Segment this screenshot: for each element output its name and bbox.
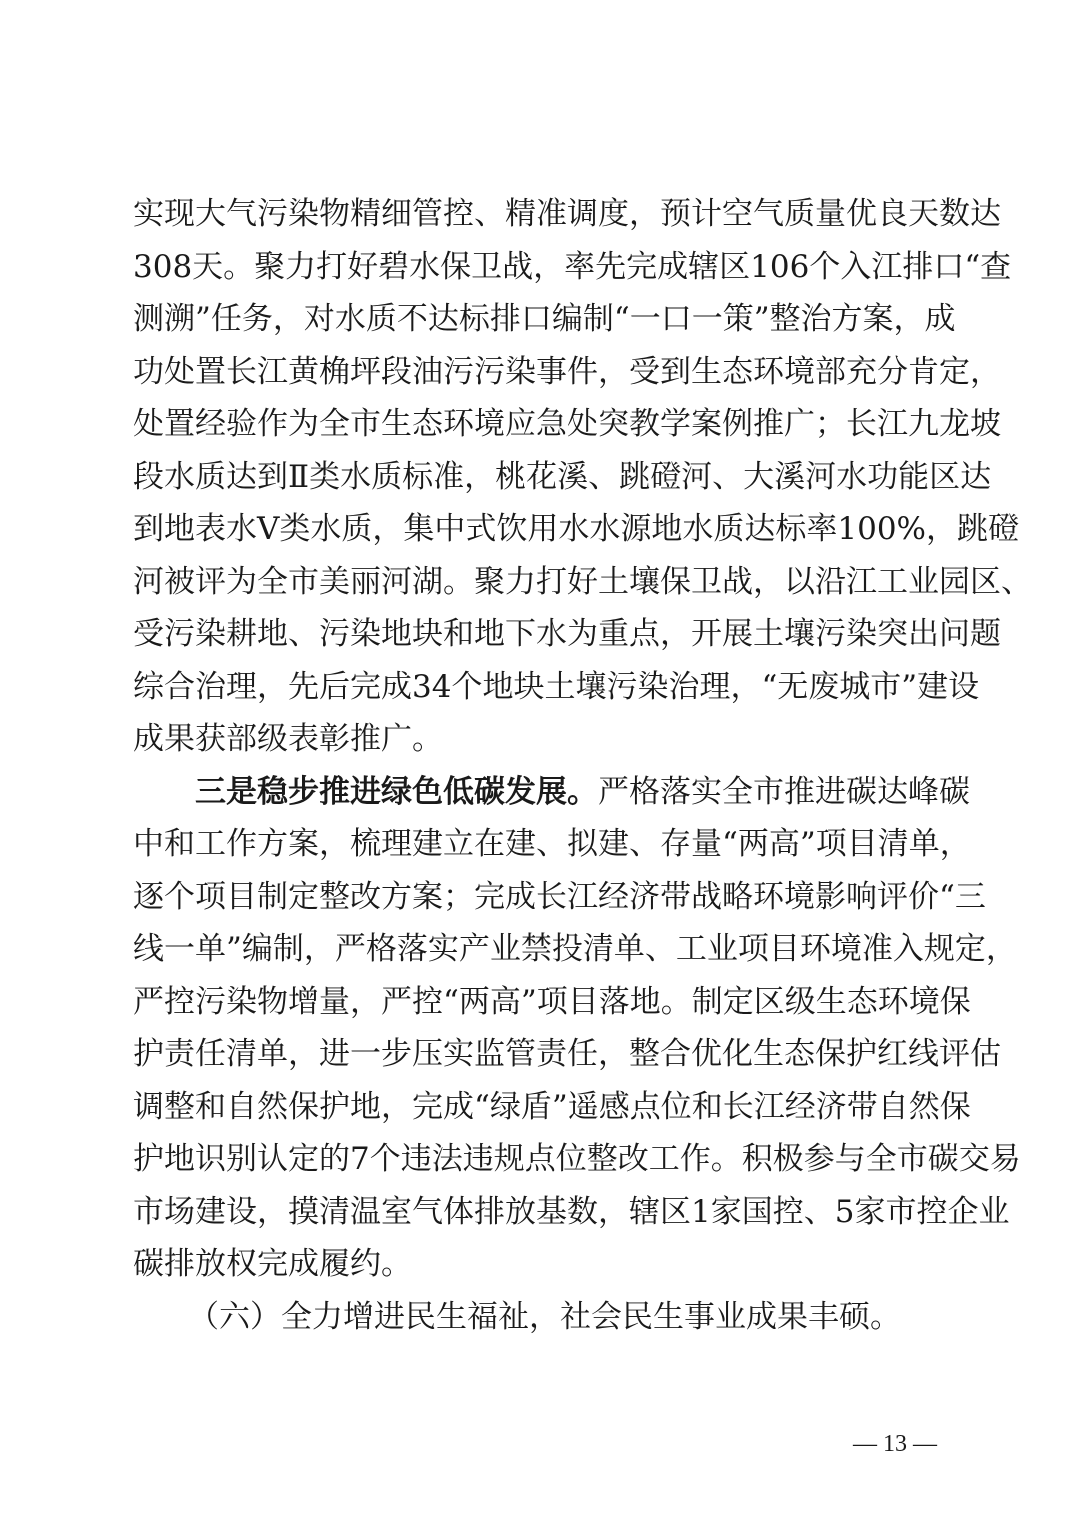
text-line: 碳排放权完成履约。 [133,1238,945,1290]
page-number: — 13 — [840,1428,950,1460]
section-heading: （六）全力增进民生福祉，社会民生事业成果丰硕。 [188,1291,938,1343]
text-line: 调整和自然保护地，完成“绿盾”遥感点位和长江经济带自然保 [133,1081,945,1133]
text-line: 测溯”任务，对水质不达标排口编制“一口一策”整治方案，成 [133,293,945,345]
text-line: 处置经验作为全市生态环境应急处突教学案例推广；长江九龙坡 [133,398,945,450]
text-line: 实现大气污染物精细管控、精准调度，预计空气质量优良天数达 [133,188,945,240]
text-line: 中和工作方案，梳理建立在建、拟建、存量“两高”项目清单， [133,818,945,870]
document-page: 实现大气污染物精细管控、精准调度，预计空气质量优良天数达 308天。聚力打好碧水… [0,0,1074,1520]
text-line: 护责任清单，进一步压实监管责任，整合优化生态保护红线评估 [133,1028,945,1080]
text-line: 308天。聚力打好碧水保卫战，率先完成辖区106个入江排口“查 [133,241,945,293]
text-line: 河被评为全市美丽河湖。聚力打好土壤保卫战，以沿江工业园区、 [133,556,945,608]
text-line: 段水质达到Ⅱ类水质标准，桃花溪、跳磴河、大溪河水功能区达 [133,451,945,503]
text-line: 严控污染物增量，严控“两高”项目落地。制定区级生态环境保 [133,976,945,1028]
text-line: 逐个项目制定整改方案；完成长江经济带战略环境影响评价“三 [133,871,945,923]
paragraph-heading: 三是稳步推进绿色低碳发展。 [195,774,598,810]
text-line: 功处置长江黄桷坪段油污污染事件，受到生态环境部充分肯定， [133,346,945,398]
text-line: 成果获部级表彰推广。 [133,713,945,765]
text-line: 到地表水Ⅴ类水质，集中式饮用水水源地水质达标率100%，跳磴 [133,503,945,555]
text-line: 护地识别认定的7个违法违规点位整改工作。积极参与全市碳交易 [133,1133,945,1185]
text-span: 严格落实全市推进碳达峰碳 [598,774,970,810]
text-line: 综合治理，先后完成34个地块土壤污染治理，“无废城市”建设 [133,661,945,713]
paragraph-first-line: 三是稳步推进绿色低碳发展。严格落实全市推进碳达峰碳 [195,766,945,818]
text-line: 受污染耕地、污染地块和地下水为重点，开展土壤污染突出问题 [133,608,945,660]
text-line: 市场建设，摸清温室气体排放基数，辖区1家国控、5家市控企业 [133,1186,945,1238]
text-line: 线一单”编制，严格落实产业禁投清单、工业项目环境准入规定， [133,923,945,975]
